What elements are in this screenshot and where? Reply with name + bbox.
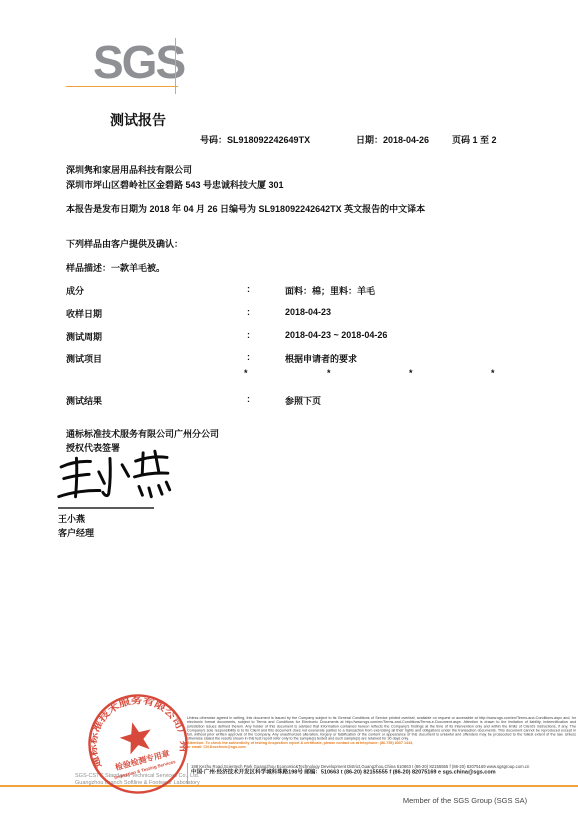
signer-name: 王小燕 <box>58 512 85 525</box>
signature-underline <box>58 507 154 509</box>
handwritten-signature <box>54 449 172 509</box>
legal-terms-text: Unless otherwise agreed in writing, this… <box>187 716 576 741</box>
field-value-composition: 面料：棉；里料：羊毛 <box>285 284 375 297</box>
signing-company: 通标标准技术服务有限公司广州分公司 <box>66 427 219 440</box>
applicant-address: 深圳市坪山区碧岭社区金碧路 543 号忠诚科技大厦 301 <box>66 178 284 191</box>
footer-address-block: 198 Kezhu Road,Scientech Park Guangzhou … <box>191 764 578 786</box>
separator-asterisk: * <box>491 368 495 378</box>
field-label-composition: 成分 <box>66 284 84 297</box>
field-value-test-items: 根据申请者的要求 <box>285 352 357 365</box>
separator-asterisk: * <box>327 368 331 378</box>
logo-vertical-rule <box>175 38 176 94</box>
translation-statement: 本报告是发布日期为 2018 年 04 月 26 日编号为 SL91809224… <box>66 202 425 215</box>
report-date: 日期：2018-04-26 <box>356 133 429 146</box>
sgs-member-line: Member of the SGS Group (SGS SA) <box>360 796 570 805</box>
footer-legal-block: Unless otherwise agreed in writing, this… <box>187 716 577 764</box>
field-colon: : <box>247 307 250 317</box>
attention-line2: or email: CN.Doccheck@sgs.com <box>187 745 576 749</box>
field-value-test-results: 参照下页 <box>285 394 321 407</box>
field-label-test-results: 测试结果 <box>66 394 102 407</box>
separator-asterisk: * <box>244 368 248 378</box>
inspection-stamp: 通标标准技术服务有限公司广州分公司 检验检测专用章 Inspection & T… <box>69 675 206 812</box>
separator-asterisk: * <box>409 368 413 378</box>
field-colon: : <box>247 330 250 340</box>
field-value-receipt-date: 2018-04-23 <box>285 307 331 317</box>
sgs-logo: SGS <box>93 39 184 85</box>
field-label-test-period: 测试周期 <box>66 330 102 343</box>
address-chinese: 中国·广州·经济技术开发区科学城科珠路198号 邮编：510663 t (86-… <box>191 769 578 775</box>
sample-provided-note: 下列样品由客户提供及确认： <box>66 237 183 250</box>
field-colon: : <box>247 284 250 294</box>
report-page-count: 页码 1 至 2 <box>452 133 497 146</box>
page-title: 测试报告 <box>110 110 166 130</box>
report-number: 号码：SL918092242649TX <box>200 133 310 146</box>
sample-description: 样品描述：一款羊毛被。 <box>66 261 165 274</box>
field-colon: : <box>247 352 250 362</box>
logo-horizontal-rule <box>66 86 178 87</box>
test-report-page: SGS 测试报告 号码：SL918092242649TX 日期：2018-04-… <box>0 0 578 820</box>
field-label-test-items: 测试项目 <box>66 352 102 365</box>
applicant-name: 深圳隽和家居用品科技有限公司 <box>66 163 192 176</box>
field-colon: : <box>247 394 250 404</box>
signer-title: 客户经理 <box>58 526 94 539</box>
field-label-receipt-date: 收样日期 <box>66 307 102 320</box>
stamp-star-icon <box>117 718 156 756</box>
field-value-test-period: 2018-04-23 ~ 2018-04-26 <box>285 330 387 340</box>
